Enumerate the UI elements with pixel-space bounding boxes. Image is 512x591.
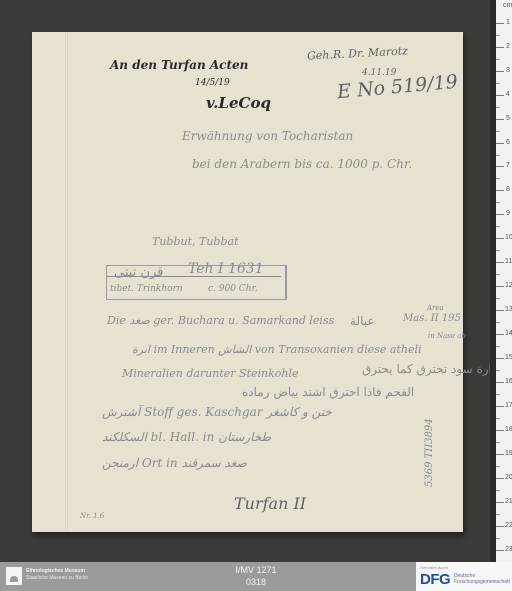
signature: v.LeCoq <box>206 94 271 112</box>
dfg-name: Deutsche Forschungsgemeinschaft <box>454 573 510 585</box>
journal-number: E No 519/19 <box>336 71 458 103</box>
binding-fold <box>65 32 68 532</box>
note-date: 14/5/19 <box>195 78 230 88</box>
text-line-3: Mineralien darunter Steinkohle <box>122 367 299 380</box>
header-left-note: An den Turfan Acten <box>110 58 248 72</box>
box-arabic: قرن تبتى <box>114 265 163 280</box>
text-line-1-sup: Area <box>427 304 444 312</box>
cm-ruler: cm 1 2 3 4 5 6 7 8 9 10 11 12 13 14 15 1… <box>490 0 512 562</box>
bottom-note: Nr. 1.6 <box>80 512 104 520</box>
text-line-2-sup: in Nase ob <box>428 332 466 340</box>
text-line-1: Die صغد ger. Buchara u. Samarkand leiss <box>107 314 334 327</box>
text-line-7: ارمنجن Ort in صغد سمرقند <box>102 456 247 470</box>
text-line-2: ابرة im Inneren الشاش von Transoxanien d… <box>132 343 422 356</box>
closing-note: Turfan II <box>234 494 306 513</box>
text-line-1-ref: Mas. II 195 <box>403 313 461 324</box>
funded-by-label: Gefördert durch <box>420 565 448 570</box>
box-heading: Tubbut, Tubbat <box>152 235 239 248</box>
box-date: c. 900 Chr. <box>208 284 258 294</box>
margin-vertical-note: 5369 TII3894 <box>424 418 435 487</box>
box-subtitle: tibet. Trinkhorn <box>110 284 183 294</box>
ruler-unit: cm <box>503 2 512 10</box>
text-line-4-arabic: الفحم فاذا احترق اشتد بياض رماده <box>242 385 414 399</box>
dfg-logo-icon: DFG <box>420 571 450 588</box>
title-line-2: bei den Arabern bis ca. 1000 p. Chr. <box>192 157 412 171</box>
text-line-6: السكلكند bl. Hall. in طخارستان <box>102 430 271 444</box>
dfg-credit: Gefördert durch DFG Deutsche Forschungsg… <box>416 562 512 591</box>
text-line-5: آشترش Stoff ges. Kaschgar ختن و كاشغر <box>102 405 332 419</box>
header-right-note: Geh.R. Dr. Marotz <box>307 44 408 62</box>
scan-viewer: An den Turfan Acten 14/5/19 v.LeCoq Geh.… <box>0 0 512 562</box>
box-reference: Teh I 1631 <box>188 261 264 277</box>
text-line-3-arabic: حجارة سود تحترق كما يحترق <box>362 362 507 376</box>
title-line-1: Erwähnung von Tocharistan <box>182 129 353 143</box>
text-line-1-arabic: عبالة <box>350 314 375 328</box>
document-page: An den Turfan Acten 14/5/19 v.LeCoq Geh.… <box>32 32 463 532</box>
